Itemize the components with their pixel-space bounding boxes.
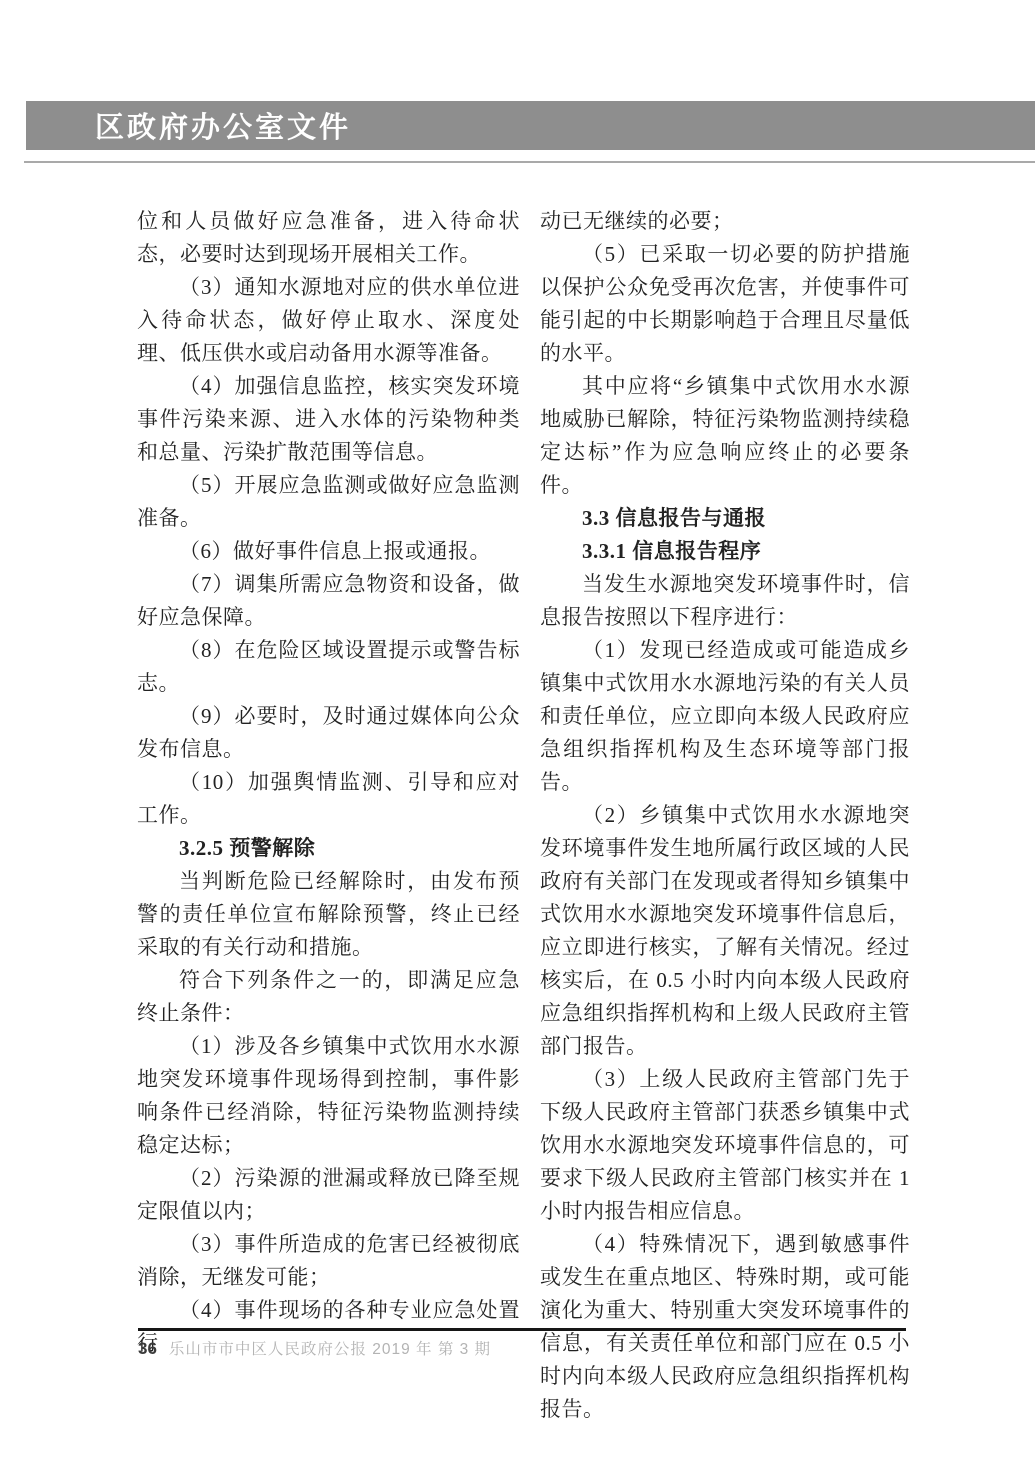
paragraph: （6）做好事件信息上报或通报。	[137, 535, 520, 568]
paragraph: （2）污染源的泄漏或释放已降至规定限值以内；	[137, 1162, 520, 1228]
paragraph: （5）已采取一切必要的防护措施以保护公众免受再次危害，并使事件可能引起的中长期影…	[540, 238, 910, 370]
paragraph: （4）特殊情况下，遇到敏感事件或发生在重点地区、特殊时期，或可能演化为重大、特别…	[540, 1228, 910, 1426]
paragraph: （5）开展应急监测或做好应急监测准备。	[137, 469, 520, 535]
paragraph: 3.3.1 信息报告程序	[540, 535, 910, 568]
paragraph: （3）上级人民政府主管部门先于下级人民政府主管部门获悉乡镇集中式饮用水水源地突发…	[540, 1063, 910, 1228]
page-number: 36	[138, 1339, 157, 1359]
footer-rule	[138, 1328, 906, 1331]
paragraph: （1）发现已经造成或可能造成乡镇集中式饮用水水源地污染的有关人员和责任单位，应立…	[540, 634, 910, 799]
paragraph: 其中应将“乡镇集中式饮用水水源地威胁已解除，特征污染物监测持续稳定达标”作为应急…	[540, 370, 910, 502]
paragraph: 3.2.5 预警解除	[137, 832, 520, 865]
paragraph: 当发生水源地突发环境事件时，信息报告按照以下程序进行：	[540, 568, 910, 634]
paragraph: 3.3 信息报告与通报	[540, 502, 910, 535]
paragraph: 位和人员做好应急准备，进入待命状态，必要时达到现场开展相关工作。	[137, 205, 520, 271]
paragraph: 符合下列条件之一的，即满足应急终止条件：	[137, 964, 520, 1030]
paragraph: （2）乡镇集中式饮用水水源地突发环境事件发生地所属行政区域的人民政府有关部门在发…	[540, 799, 910, 1063]
paragraph: （7）调集所需应急物资和设备，做好应急保障。	[137, 568, 520, 634]
paragraph: （3）通知水源地对应的供水单位进入待命状态，做好停止取水、深度处理、低压供水或启…	[137, 271, 520, 370]
page-footer: 36 乐山市市中区人民政府公报 2019 年 第 3 期	[138, 1337, 906, 1359]
paragraph: 当判断危险已经解除时，由发布预警的责任单位宣布解除预警，终止已经采取的有关行动和…	[137, 865, 520, 964]
page-header-title: 区政府办公室文件	[95, 105, 351, 146]
publication-title: 乐山市市中区人民政府公报 2019 年 第 3 期	[169, 1337, 491, 1359]
body-columns: 位和人员做好应急准备，进入待命状态，必要时达到现场开展相关工作。 （3）通知水源…	[137, 205, 910, 1426]
paragraph: 动已无继续的必要；	[540, 205, 910, 238]
paragraph: （10）加强舆情监测、引导和应对工作。	[137, 766, 520, 832]
paragraph: （1）涉及各乡镇集中式饮用水水源地突发环境事件现场得到控制，事件影响条件已经消除…	[137, 1030, 520, 1162]
paragraph: （3）事件所造成的危害已经被彻底消除，无继发可能；	[137, 1228, 520, 1294]
document-page: 区政府办公室文件 位和人员做好应急准备，进入待命状态，必要时达到现场开展相关工作…	[0, 0, 1035, 1465]
paragraph: （8）在危险区域设置提示或警告标志。	[137, 634, 520, 700]
paragraph: （9）必要时，及时通过媒体向公众发布信息。	[137, 700, 520, 766]
header-band: 区政府办公室文件	[26, 101, 1035, 150]
paragraph: （4）加强信息监控，核实突发环境事件污染来源、进入水体的污染物种类和总量、污染扩…	[137, 370, 520, 469]
right-column: 动已无继续的必要； （5）已采取一切必要的防护措施以保护公众免受再次危害，并使事…	[540, 205, 910, 1426]
left-column: 位和人员做好应急准备，进入待命状态，必要时达到现场开展相关工作。 （3）通知水源…	[137, 205, 520, 1426]
header-rule	[24, 161, 1035, 163]
